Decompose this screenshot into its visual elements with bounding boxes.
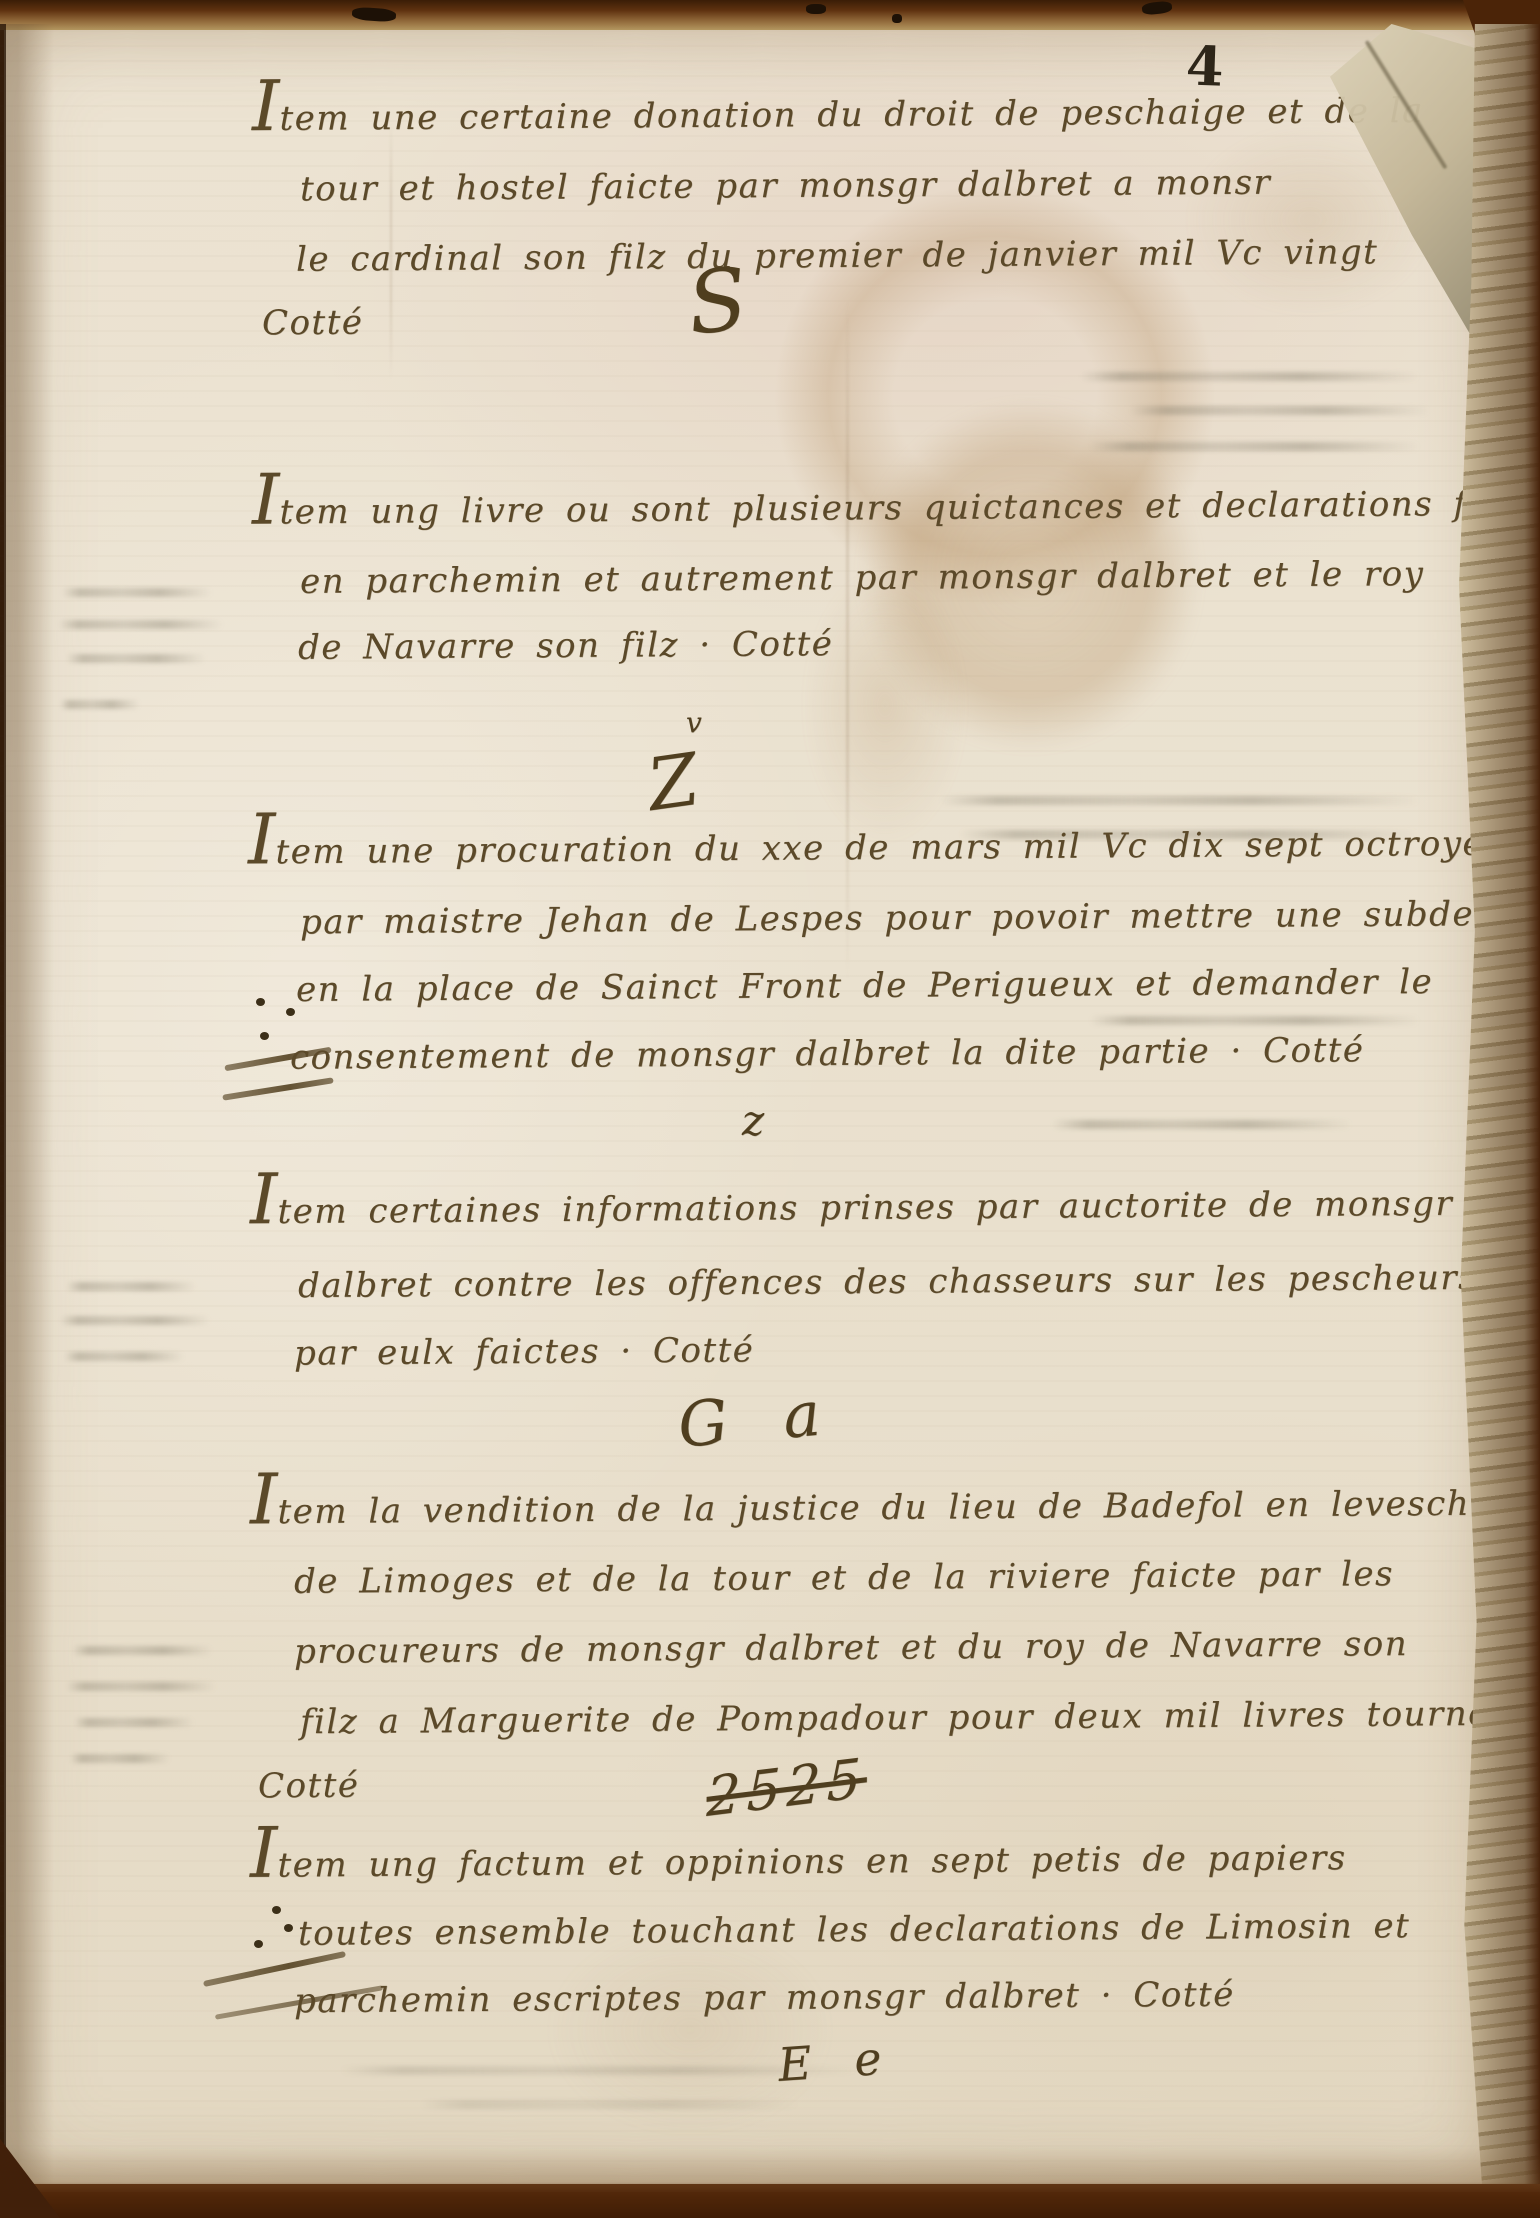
manuscript-line: en la place de Sainct Front de Perigueux… <box>296 962 1433 1010</box>
margin-dot <box>256 998 265 1006</box>
manuscript-line: Item ung factum et oppinions en sept pet… <box>250 1838 1347 1886</box>
bleedthrough-line <box>58 620 223 629</box>
bleedthrough-line <box>420 2100 800 2109</box>
manuscript-line: Cotté <box>258 1766 360 1807</box>
manuscript-photo: 4 Item une certaine donation du droit de… <box>0 0 1540 2218</box>
margin-dot <box>286 1008 295 1016</box>
manuscript-line: en parchemin et autrement par monsgr dal… <box>300 554 1425 602</box>
bleedthrough-line <box>66 1282 196 1291</box>
bleedthrough-line <box>66 654 206 663</box>
bleedthrough-line <box>72 1646 212 1655</box>
manuscript-line: parchemin escriptes par monsgr dalbret ·… <box>294 1975 1235 2022</box>
bleedthrough-line <box>60 1316 210 1325</box>
margin-dot <box>260 1032 269 1040</box>
table-bottom-edge <box>0 2182 1540 2218</box>
manuscript-line: tour et hostel faicte par monsgr dalbret… <box>300 163 1271 210</box>
folio-number: 4 <box>1185 33 1225 98</box>
cote-mark: G a <box>675 1375 841 1462</box>
bleedthrough-line <box>1052 1120 1352 1129</box>
manuscript-line: toutes ensemble touchant les declaration… <box>298 1906 1411 1954</box>
manuscript-line: Cotté <box>262 303 364 344</box>
manuscript-line: filz a Marguerite de Pompadour pour deux… <box>300 1694 1522 1743</box>
margin-dot <box>272 1906 281 1914</box>
cote-mark: z <box>742 1096 764 1145</box>
bleedthrough-line <box>1080 372 1420 381</box>
bleedthrough-line <box>940 796 1420 805</box>
cote-mark: S <box>683 249 752 355</box>
margin-dot <box>284 1924 293 1932</box>
manuscript-line: procureurs de monsgr dalbret et du roy d… <box>294 1624 1408 1672</box>
paper-crease <box>846 300 849 980</box>
manuscript-line: par eulx faictes · Cotté <box>294 1330 755 1373</box>
cote-mark: E e <box>776 2030 897 2092</box>
manuscript-line: consentement de monsgr dalbret la dite p… <box>290 1030 1365 1078</box>
manuscript-line: Item une certaine donation du droit de p… <box>252 91 1424 139</box>
binding-gutter <box>0 24 54 2184</box>
margin-dot <box>254 1940 263 1948</box>
bleedthrough-line <box>74 1718 194 1727</box>
manuscript-line: Item certaines informations prinses par … <box>250 1184 1453 1232</box>
bleedthrough-line <box>1090 1016 1420 1025</box>
bleedthrough-line <box>66 1682 216 1691</box>
manuscript-line: le cardinal son filz du premier de janvi… <box>296 232 1378 280</box>
book-top-edge <box>0 0 1540 30</box>
manuscript-line: dalbret contre les offences des chasseur… <box>298 1258 1477 1306</box>
bleedthrough-line <box>62 588 212 597</box>
edge-speck <box>892 14 902 23</box>
manuscript-line: de Navarre son filz · Cotté <box>298 624 834 668</box>
bleedthrough-line <box>60 700 140 709</box>
manuscript-line: de Limoges et de la tour et de la rivier… <box>294 1554 1394 1602</box>
bleedthrough-line <box>1130 406 1430 415</box>
bleedthrough-line <box>64 1352 184 1361</box>
bleedthrough-line <box>1090 442 1420 451</box>
cote-mark-small: v <box>686 706 702 739</box>
edge-speck <box>806 4 826 14</box>
bleedthrough-line <box>70 1754 170 1763</box>
